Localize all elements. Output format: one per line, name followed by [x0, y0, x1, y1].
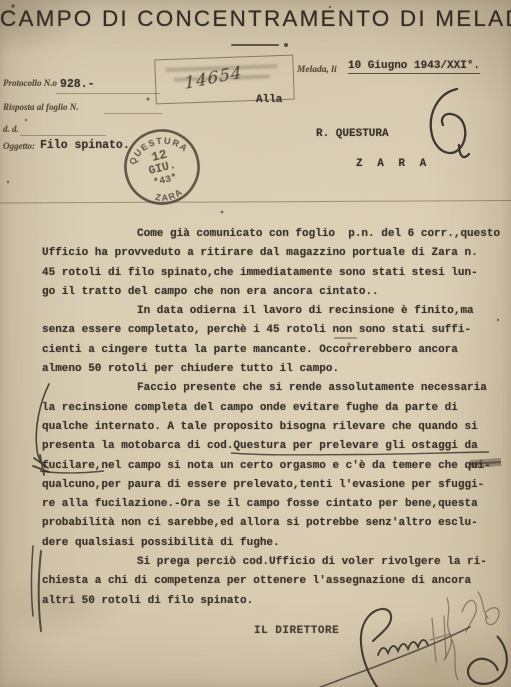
body-line: almeno 50 rotoli per chiudere tutto il c…	[42, 360, 504, 379]
body-line: In data odierna il lavoro di recinsione …	[42, 302, 504, 321]
round-date-stamp: QUESTURA ZARA 12 GIU. *43*	[101, 106, 222, 227]
body-line: Come già comunicato con foglio p.n. del …	[42, 225, 504, 244]
separator-rule	[0, 201, 511, 204]
margin-double-line-mark	[32, 546, 42, 631]
dd-blank-rule	[20, 135, 106, 136]
body-line: senza essere completato, perchè i 45 rot…	[42, 321, 504, 340]
protocollo-value: 928.-	[60, 78, 95, 91]
risposta-blank-rule	[104, 113, 162, 114]
recipient-city: Z A R A	[356, 158, 430, 170]
protocollo-blank-rule	[56, 93, 160, 94]
body-line: Ufficio ha provveduto a ritirare dal mag…	[42, 244, 504, 263]
page-title: CAMPO DI CONCENTRAMENTO DI MELADA	[0, 6, 511, 32]
body-line: qualche internato. A tale proposito biso…	[42, 418, 504, 437]
body-line: fucilare,nel campo si nota un certo orga…	[42, 457, 504, 476]
signature-title: IL DIRETTORE	[254, 625, 339, 637]
oggetto-label: Oggetto:	[3, 141, 35, 151]
body-line: la recinsione completa del campo onde ev…	[42, 399, 504, 418]
handwritten-flourish-g	[431, 89, 469, 157]
document-page: CAMPO DI CONCENTRAMENTO DI MELADA Protoc…	[0, 0, 511, 687]
body-line: qualcuno,per paura di essere prelevato,t…	[42, 476, 504, 495]
bottom-loop-mark	[468, 636, 507, 684]
body-line: altri 50 rotoli di filo spinato.	[42, 592, 504, 611]
recipient-name: R. QUESTURA	[316, 128, 389, 140]
director-signature	[308, 609, 470, 687]
date-value: 10 Giugno 1943/XXI°.	[348, 60, 480, 74]
header-divider	[231, 44, 279, 46]
dd-label: d. d.	[3, 124, 19, 134]
body-line: re alla fucilazione.-Ora se il campo fos…	[42, 495, 504, 514]
body-line: presenta la motobarca di cod.Questura pe…	[42, 437, 504, 456]
body-line: chiesta a chi di competenza per ottenere…	[42, 572, 504, 591]
recipient-alla: Alla	[256, 94, 282, 106]
protocollo-label: Protocollo N.o	[3, 78, 57, 88]
body-line: Faccio presente che si rende assolutamen…	[42, 379, 504, 398]
body-line: Si prega perciò cod.Ufficio di voler riv…	[42, 553, 504, 572]
body-line: dere qualsiasi possibilità di fughe.	[42, 534, 504, 553]
risposta-label: Risposta al foglio N.	[3, 102, 79, 112]
body-line: probabilità non ci sarebbe,ed allora si …	[42, 514, 504, 533]
letter-body: Come già comunicato con foglio p.n. del …	[42, 225, 504, 611]
body-line: cienti a cingere tutta la parte mancante…	[42, 341, 504, 360]
body-line: go il tratto del campo che non era ancor…	[42, 283, 504, 302]
body-line: 45 rotoli di filo spinato,che immediatam…	[42, 264, 504, 283]
place-date-label: Melada, li	[297, 65, 337, 75]
